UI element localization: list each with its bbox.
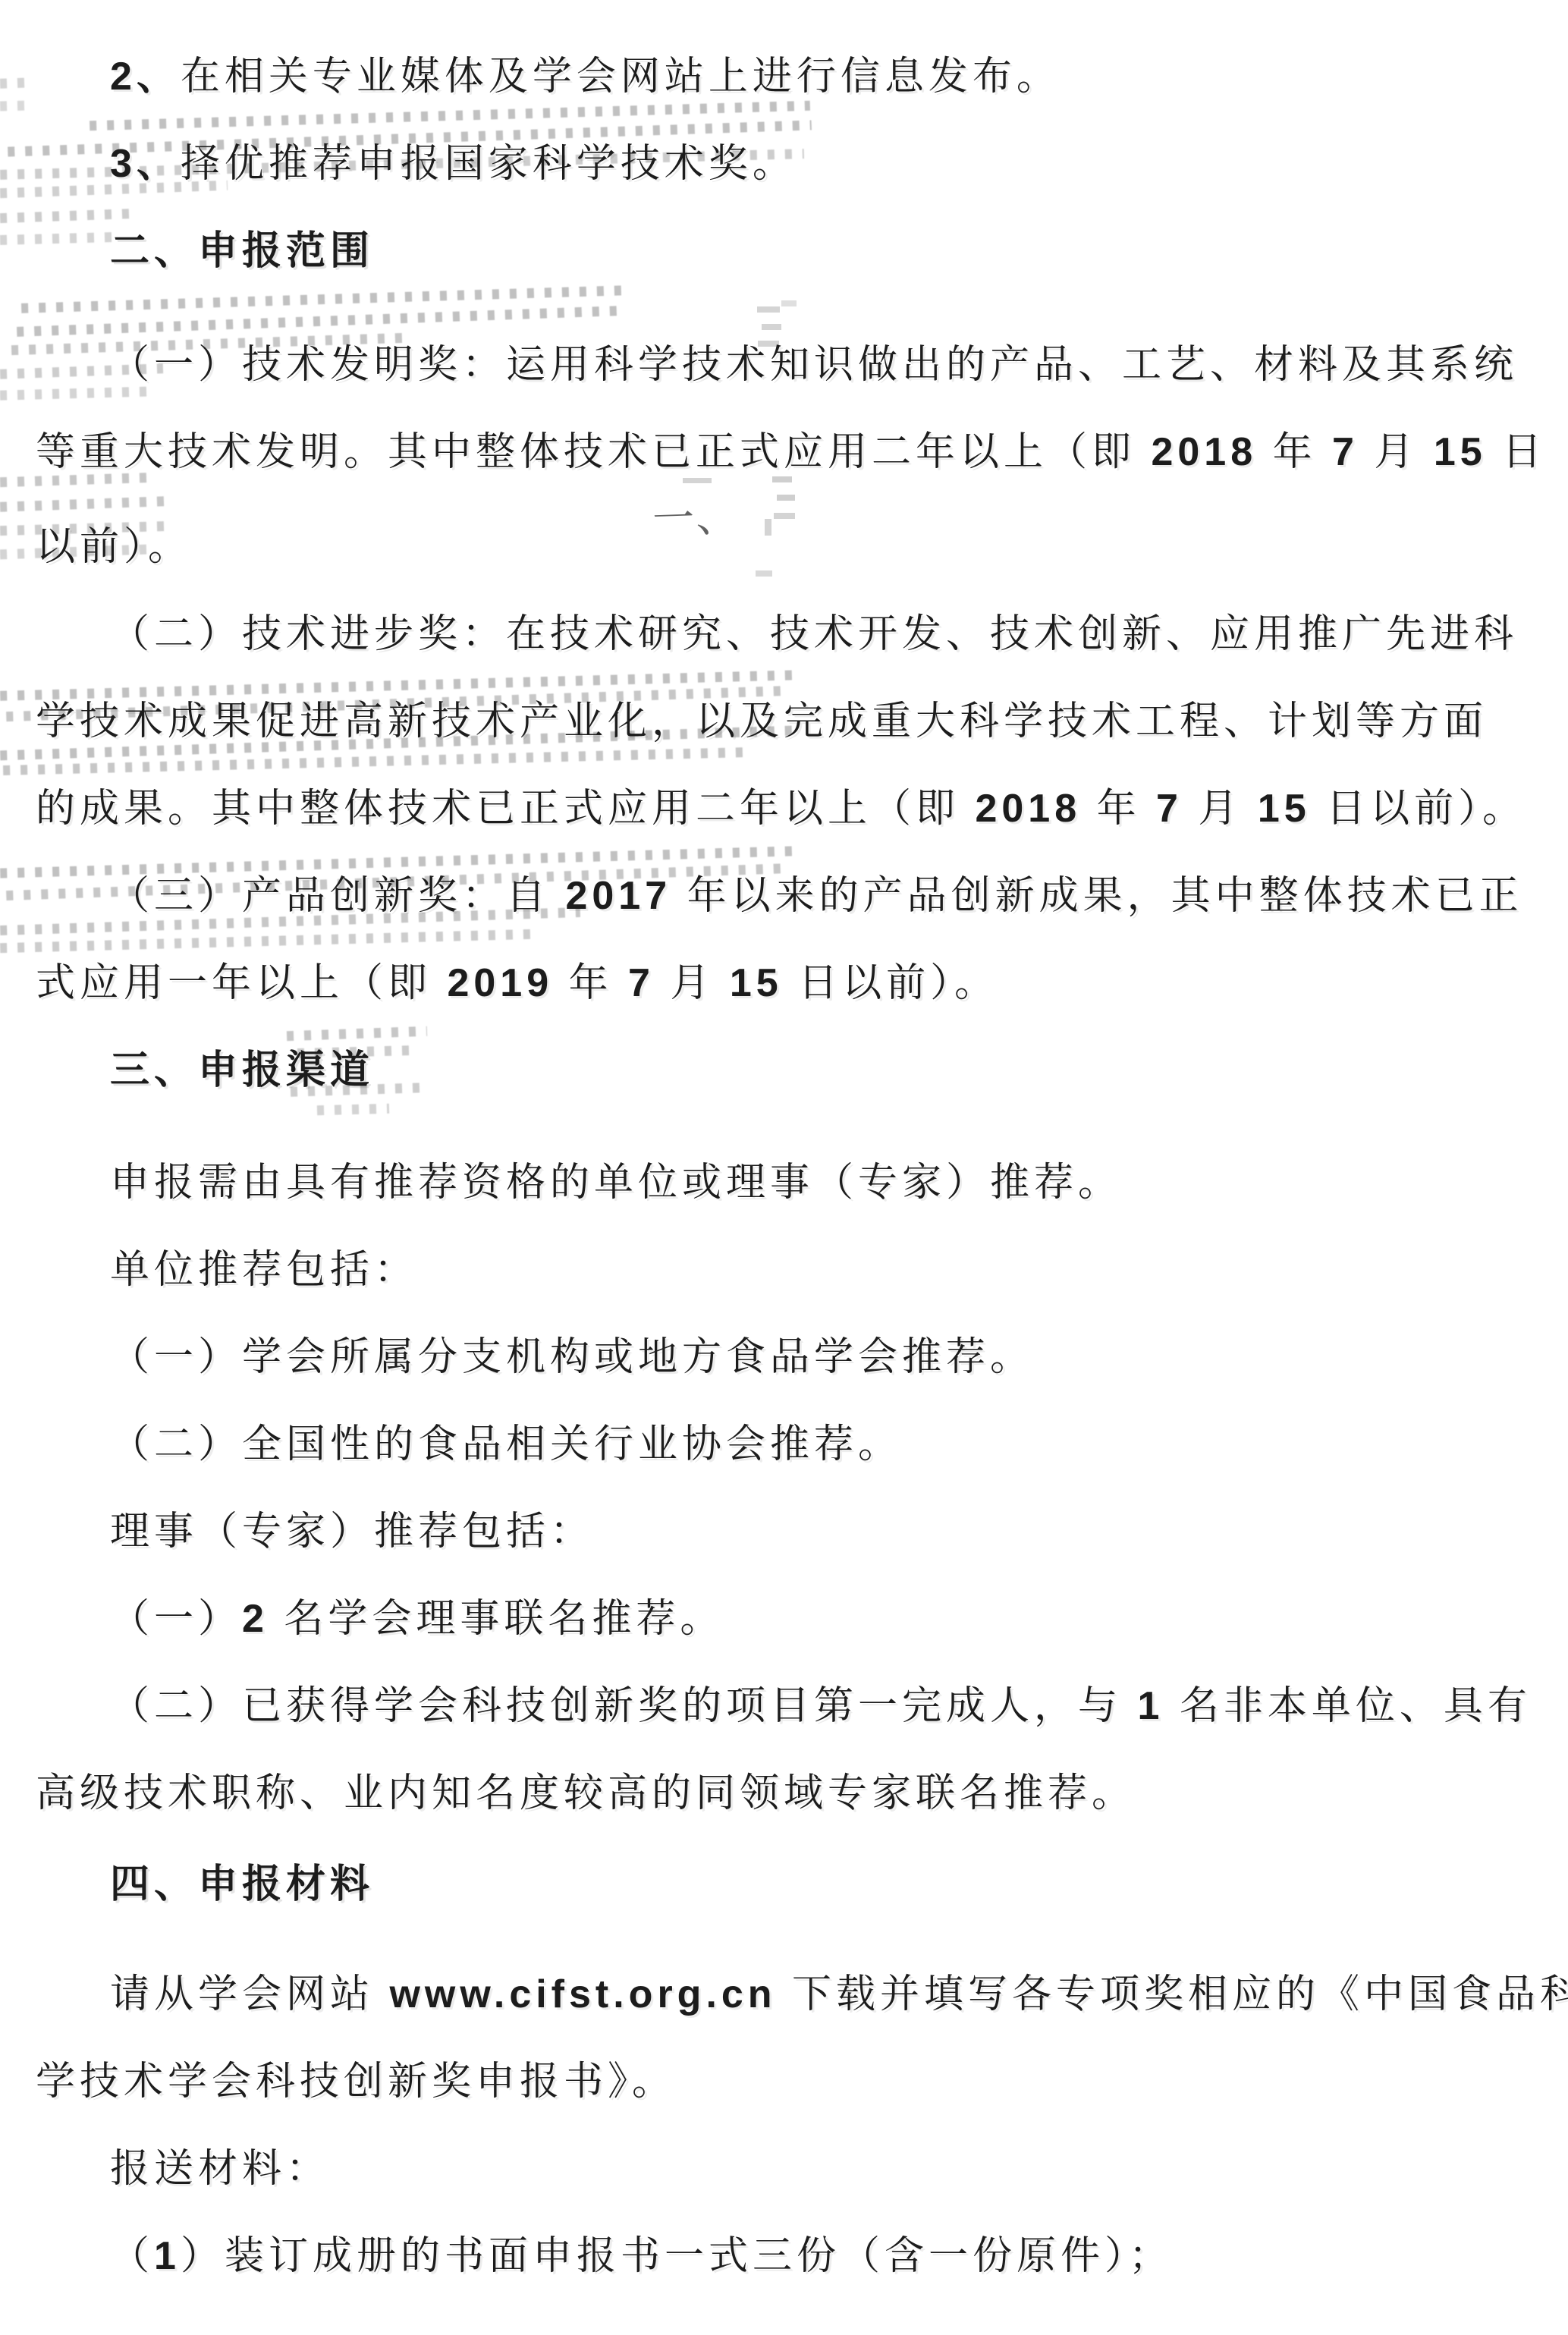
paragraph-unit-recommendation-label: 单位推荐包括： <box>36 1227 1534 1314</box>
bleed-through-artifact <box>0 101 27 112</box>
paragraph-director-recommendation-2-line1: （二）已获得学会科技创新奖的项目第一完成人，与 1 名非本单位、具有 <box>36 1663 1534 1750</box>
section-heading-application-scope: 二、申报范围 <box>36 208 1534 295</box>
paragraph-download-form-line1: 请从学会网站 www.cifst.org.cn 下载并填写各专项奖相应的《中国食… <box>36 1951 1534 2038</box>
paragraph-progress-award-line1: （二）技术进步奖：在技术研究、技术开发、技术创新、应用推广先进科 <box>36 591 1534 678</box>
paragraph-product-award-line2: 式应用一年以上（即 2019 年 7 月 15 日以前）。 <box>36 940 1534 1027</box>
paragraph-submission-item-1: （1）装订成册的书面申报书一式三份（含一份原件）； <box>36 2213 1534 2300</box>
paragraph-unit-recommendation-2: （二）全国性的食品相关行业协会推荐。 <box>36 1401 1534 1488</box>
paragraph-submission-materials-label: 报送材料： <box>36 2126 1534 2213</box>
paragraph-director-recommendation-label: 理事（专家）推荐包括： <box>36 1488 1534 1576</box>
paragraph-product-award-line1: （三）产品创新奖：自 2017 年以来的产品创新成果，其中整体技术已正 <box>36 853 1534 940</box>
paragraph-invention-award-line1: （一）技术发明奖：运用科学技术知识做出的产品、工艺、材料及其系统 <box>36 322 1534 409</box>
paragraph-progress-award-line2: 学技术成果促进高新技术产业化，以及完成重大科学技术工程、计划等方面 <box>36 678 1534 765</box>
paragraph-director-recommendation-2-line2: 高级技术职称、业内知名度较高的同领域专家联名推荐。 <box>36 1750 1534 1837</box>
bleed-through-artifact <box>0 77 32 88</box>
list-item-3: 3、择优推荐申报国家科学技术奖。 <box>36 121 1534 208</box>
paragraph-unit-recommendation-1: （一）学会所属分支机构或地方食品学会推荐。 <box>36 1314 1534 1401</box>
paragraph-invention-award-line2: 等重大技术发明。其中整体技术已正式应用二年以上（即 2018 年 7 月 15 … <box>36 409 1534 496</box>
paragraph-director-recommendation-1: （一）2 名学会理事联名推荐。 <box>36 1576 1534 1663</box>
paragraph-progress-award-line3: 的成果。其中整体技术已正式应用二年以上（即 2018 年 7 月 15 日以前）… <box>36 765 1534 853</box>
scanned-document-page: 一、 2、在相关专业媒体及学会网站上进行信息发布。 3、择优推荐申报国家科学技术… <box>0 0 1568 2335</box>
paragraph-recommendation-intro: 申报需由具有推荐资格的单位或理事（专家）推荐。 <box>36 1139 1534 1227</box>
section-heading-application-materials: 四、申报材料 <box>36 1841 1534 1928</box>
paragraph-invention-award-line3: 以前）。 <box>36 504 1534 591</box>
document-body: 2、在相关专业媒体及学会网站上进行信息发布。 3、择优推荐申报国家科学技术奖。 … <box>36 33 1534 2300</box>
list-item-2: 2、在相关专业媒体及学会网站上进行信息发布。 <box>36 33 1534 121</box>
paragraph-download-form-line2: 学技术学会科技创新奖申报书》。 <box>36 2038 1534 2126</box>
section-heading-application-channel: 三、申报渠道 <box>36 1027 1534 1114</box>
